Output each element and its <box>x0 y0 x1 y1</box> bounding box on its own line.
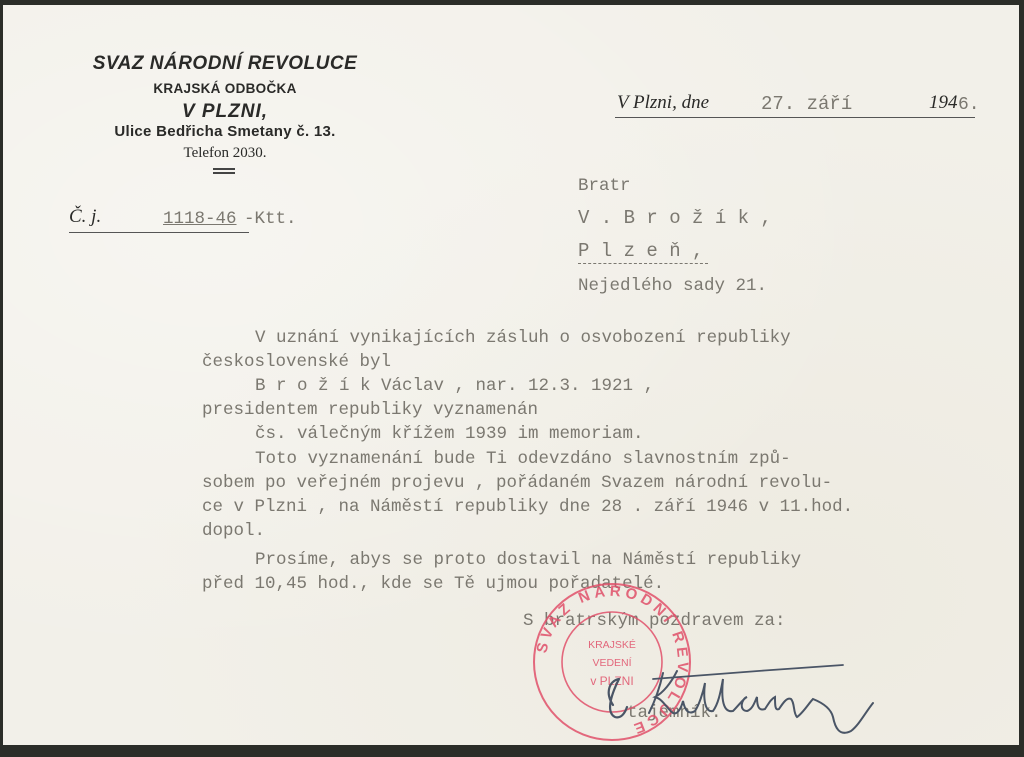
dateline-day-month: 27. září <box>761 93 852 115</box>
letter-page: SVAZ NÁRODNÍ REVOLUCE KRAJSKÁ ODBOČKA V … <box>3 5 1019 745</box>
body-line: presidentem republiky vyznamenán <box>202 400 538 420</box>
letterhead-double-rule <box>213 168 235 174</box>
body-line: sobem po veřejném projevu , pořádaném Sv… <box>202 473 832 493</box>
body-line: čs. válečným křížem 1939 im memoriam. <box>255 424 644 444</box>
dateline-prefix: V Plzni, dne <box>617 92 709 114</box>
recipient-name: V . B r o ž í k , <box>578 207 772 229</box>
recipient-salutation: Bratr <box>578 176 631 196</box>
reference-suffix: -Ktt. <box>244 209 297 229</box>
dateline-year-suffix: 6. <box>958 95 980 115</box>
reference-label: Č. j. <box>69 206 101 228</box>
body-line: V uznání vynikajících zásluh o osvobozen… <box>255 328 791 348</box>
body-line: Toto vyznamenání bude Ti odevzdáno slavn… <box>255 449 791 469</box>
body-line: ce v Plzni , na Náměstí republiky dne 28… <box>202 497 853 517</box>
recipient-city-underline <box>578 263 708 264</box>
dateline-year-prefix: 194 <box>929 92 958 114</box>
body-line: československé byl <box>202 352 391 372</box>
body-line: dopol. <box>202 521 265 541</box>
letterhead-address: Ulice Bedřicha Smetany č. 13. <box>69 123 381 140</box>
dateline-rule <box>615 117 975 118</box>
handwritten-signature <box>603 643 883 743</box>
letterhead-organization: SVAZ NÁRODNÍ REVOLUCE <box>69 53 381 75</box>
letterhead-city: V PLZNI, <box>69 101 381 123</box>
reference-rule <box>69 232 249 233</box>
recipient-street: Nejedlého sady 21. <box>578 276 767 296</box>
body-line: B r o ž í k Václav , nar. 12.3. 1921 , <box>255 376 654 396</box>
body-line: Prosíme, abys se proto dostavil na Náměs… <box>255 550 801 570</box>
letterhead-phone: Telefon 2030. <box>69 145 381 162</box>
recipient-city: P l z e ň , <box>578 240 703 262</box>
letterhead-branch: KRAJSKÁ ODBOČKA <box>69 81 381 96</box>
reference-number: 1118-46 <box>163 209 237 229</box>
